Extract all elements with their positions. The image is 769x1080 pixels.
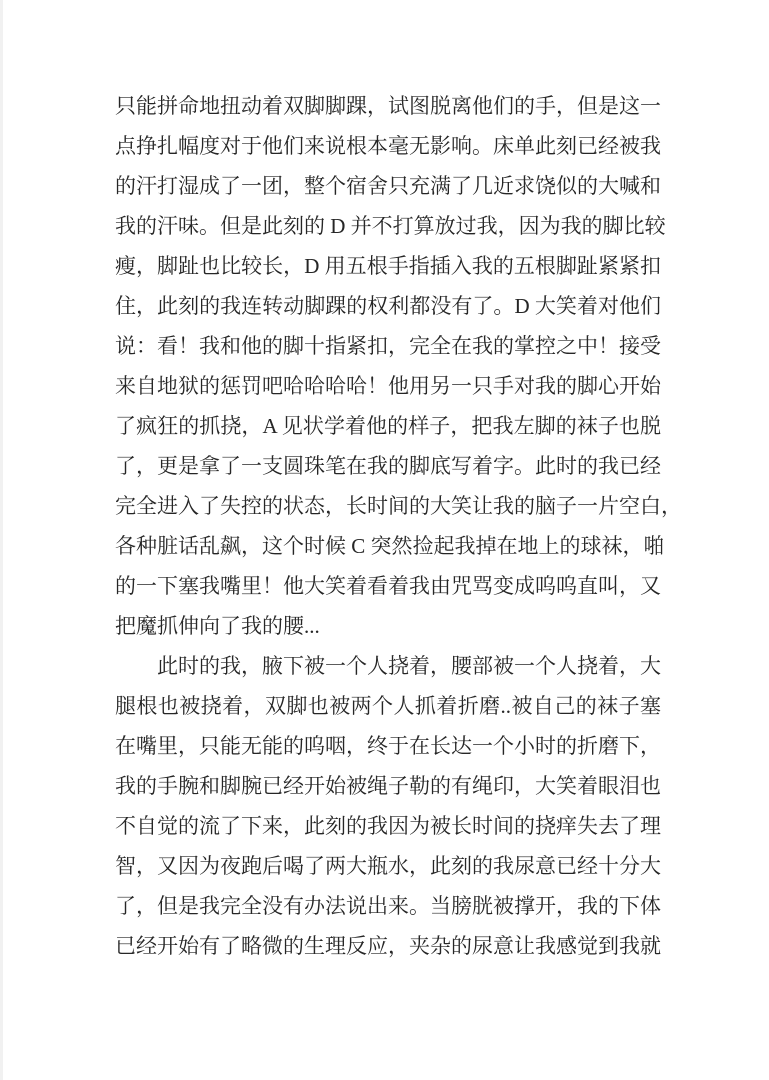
text-line: 各种脏话乱飙，这个时候 C 突然捡起我掉在地上的球袜，啪 <box>115 526 661 566</box>
text-line: 了，但是我完全没有办法说出来。当膀胱被撑开，我的下体 <box>115 886 661 926</box>
text-line: 只能拼命地扭动着双脚脚踝，试图脱离他们的手，但是这一 <box>115 86 661 126</box>
text-line: 了，更是拿了一支圆珠笔在我的脚底写着字。此时的我已经 <box>115 446 661 486</box>
text-line: 腿根也被挠着，双脚也被两个人抓着折磨..被自己的袜子塞 <box>115 686 661 726</box>
text-line: 来自地狱的惩罚吧哈哈哈哈！他用另一只手对我的脚心开始 <box>115 366 661 406</box>
text-line: 我的手腕和脚腕已经开始被绳子勒的有绳印，大笑着眼泪也 <box>115 766 661 806</box>
text-line: 不自觉的流了下来，此刻的我因为被长时间的挠痒失去了理 <box>115 806 661 846</box>
text-line: 了疯狂的抓挠，A 见状学着他的样子，把我左脚的袜子也脱 <box>115 406 661 446</box>
text-line: 在嘴里，只能无能的呜咽，终于在长达一个小时的折磨下， <box>115 726 661 766</box>
text-block: 只能拼命地扭动着双脚脚踝，试图脱离他们的手，但是这一 点挣扎幅度对于他们来说根本… <box>115 86 661 966</box>
text-line: 点挣扎幅度对于他们来说根本毫无影响。床单此刻已经被我 <box>115 126 661 166</box>
text-line-paragraph-end: 把魔抓伸向了我的腰... <box>115 606 661 646</box>
text-line: 的汗打湿成了一团，整个宿舍只充满了几近求饶似的大喊和 <box>115 166 661 206</box>
document-page: 只能拼命地扭动着双脚脚踝，试图脱离他们的手，但是这一 点挣扎幅度对于他们来说根本… <box>0 0 769 1080</box>
text-line: 智，又因为夜跑后喝了两大瓶水，此刻的我尿意已经十分大 <box>115 846 661 886</box>
text-line: 说：看！我和他的脚十指紧扣，完全在我的掌控之中！接受 <box>115 326 661 366</box>
text-line: 已经开始有了略微的生理反应，夹杂的尿意让我感觉到我就 <box>115 926 661 966</box>
text-line: 住，此刻的我连转动脚踝的权利都没有了。D 大笑着对他们 <box>115 286 661 326</box>
text-line: 完全进入了失控的状态，长时间的大笑让我的脑子一片空白， <box>115 486 661 526</box>
text-line: 我的汗味。但是此刻的 D 并不打算放过我，因为我的脚比较 <box>115 206 661 246</box>
text-line: 的一下塞我嘴里！他大笑着看着我由咒骂变成呜呜直叫，又 <box>115 566 661 606</box>
text-line-paragraph-start: 此时的我，腋下被一个人挠着，腰部被一个人挠着，大 <box>115 646 661 686</box>
text-line: 瘦，脚趾也比较长，D 用五根手指插入我的五根脚趾紧紧扣 <box>115 246 661 286</box>
